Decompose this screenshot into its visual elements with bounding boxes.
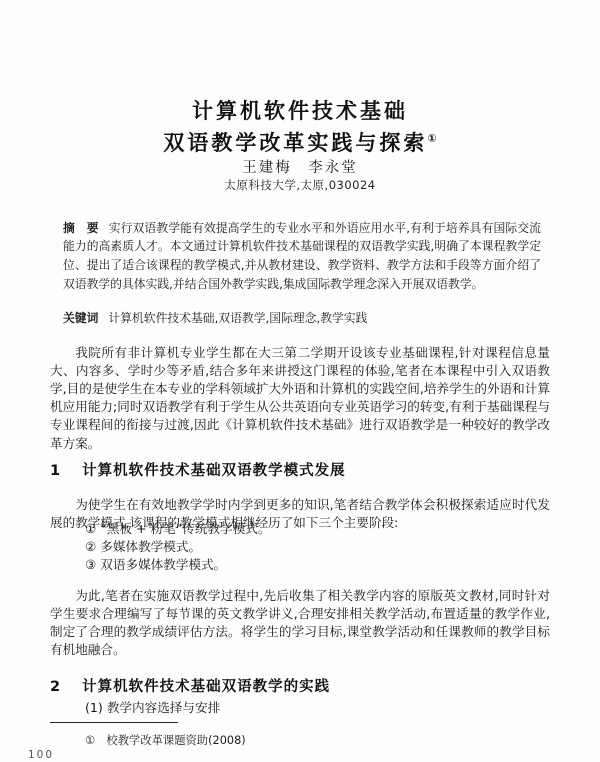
- section-1-title: 计算机软件技术基础双语教学模式发展: [82, 463, 346, 479]
- paper-title: 计算机软件技术基础 双语教学改革实践与探索①: [0, 98, 600, 157]
- list-item: ③ 双语多媒体教学模式。: [85, 556, 550, 574]
- abstract: 摘 要实行双语教学能有效提高学生的专业水平和外语应用水平,有利于培养具有国际交流…: [63, 219, 541, 293]
- list-item: ② 多媒体教学模式。: [85, 538, 550, 556]
- paper-title-line2: 双语教学改革实践与探索: [163, 131, 427, 155]
- keywords-text: 计算机软件技术基础,双语教学,国际理念,教学实践: [108, 311, 367, 325]
- intro-paragraph: 我院所有非计算机专业学生都在大三第二学期开设该专业基础课程,针对课程信息量大、内…: [50, 344, 550, 453]
- section-1-number: 1: [50, 463, 60, 479]
- title-footnote-marker: ①: [427, 132, 436, 145]
- abstract-label: 摘 要: [63, 221, 99, 235]
- affiliation: 太原科技大学,太原,030024: [0, 177, 600, 193]
- list-item: ① “黑板 + 粉笔”传统教学模式。: [85, 520, 550, 538]
- paper-title-line1: 计算机软件技术基础: [192, 99, 408, 123]
- footnote: ① 校教学改革课题资助(2008): [85, 732, 545, 748]
- page-number: 100: [28, 749, 54, 761]
- keywords-label: 关键词: [63, 311, 98, 325]
- section-2-heading: 2计算机软件技术基础双语教学的实践: [50, 675, 550, 696]
- section-2-number: 2: [50, 679, 60, 695]
- section-1-paragraph-2: 为此,笔者在实施双语教学过程中,先后收集了相关教学内容的原版英文教材,同时针对学…: [50, 587, 550, 660]
- abstract-text: 实行双语教学能有效提高学生的专业水平和外语应用水平,有利于培养具有国际交流能力的…: [63, 221, 541, 291]
- paper-page: 计算机软件技术基础 双语教学改革实践与探索① 王建梅 李永堂 太原科技大学,太原…: [0, 0, 600, 762]
- section-2-title: 计算机软件技术基础双语教学的实践: [82, 679, 330, 695]
- section-2-subitem: (1) 教学内容选择与安排: [85, 697, 550, 716]
- teaching-mode-list: ① “黑板 + 粉笔”传统教学模式。 ② 多媒体教学模式。 ③ 双语多媒体教学模…: [85, 520, 550, 575]
- keywords: 关键词计算机软件技术基础,双语教学,国际理念,教学实践: [63, 309, 541, 327]
- footnote-divider: [50, 722, 178, 723]
- section-1-heading: 1计算机软件技术基础双语教学模式发展: [50, 459, 550, 480]
- authors: 王建梅 李永堂: [0, 156, 600, 177]
